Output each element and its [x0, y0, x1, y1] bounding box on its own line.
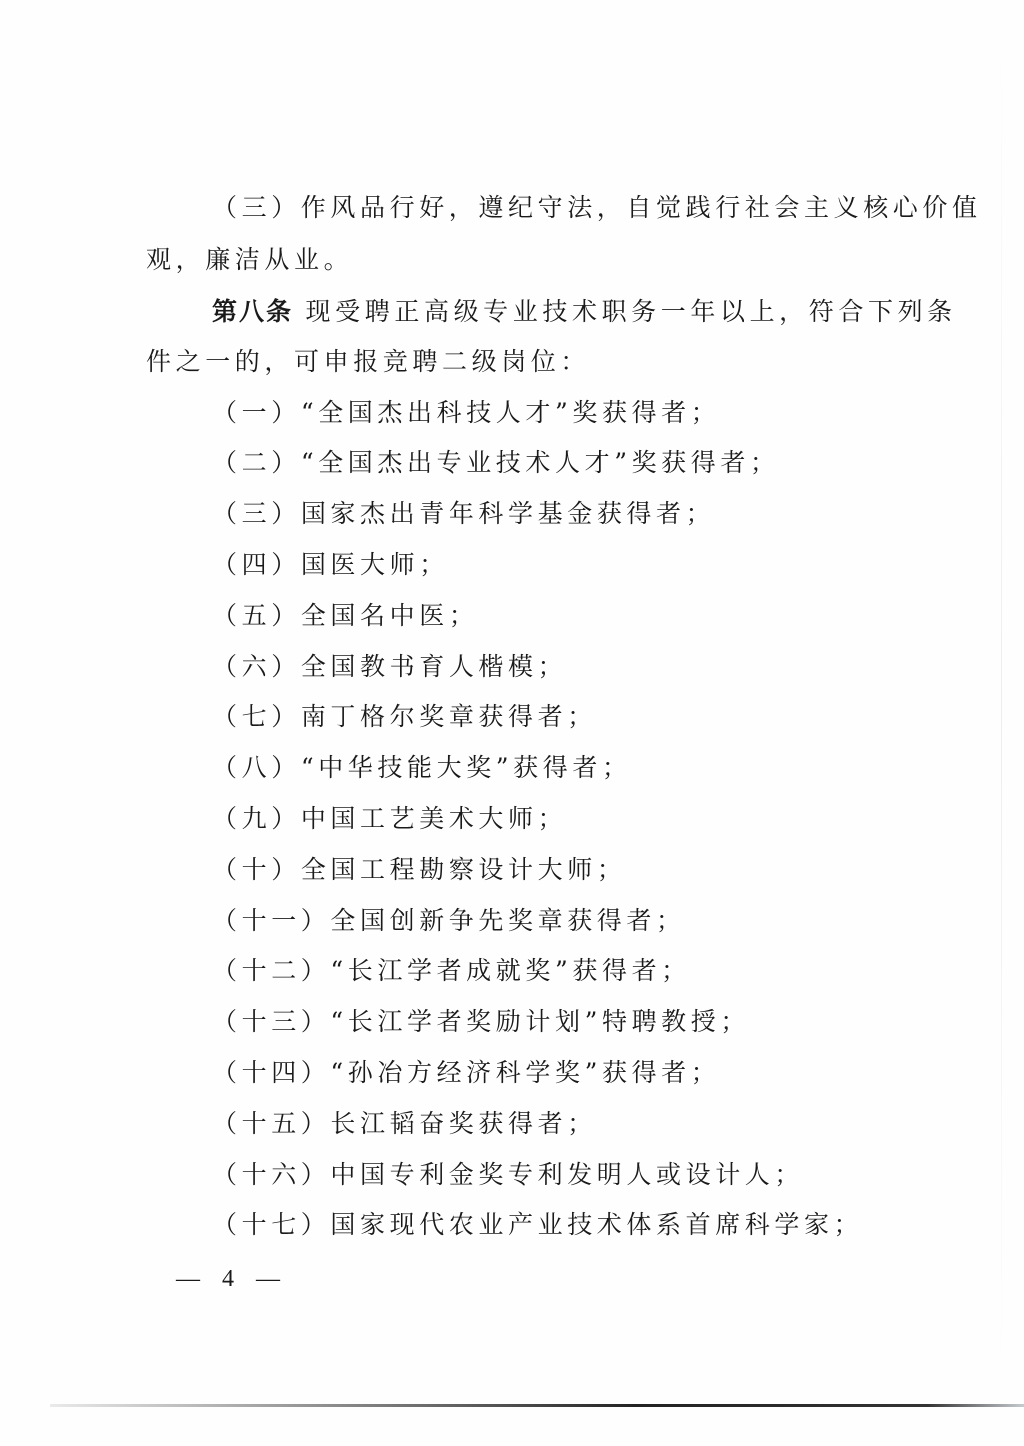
list-item: （七）南丁格尔奖章获得者； [212, 702, 597, 732]
list-item-text: 中国专利金奖专利发明人或设计人； [330, 1160, 804, 1189]
list-item-label: （四） [212, 550, 301, 579]
list-item: （十五）长江韬奋奖获得者； [212, 1109, 597, 1139]
scan-edge [1001, 40, 1002, 1380]
list-item-label: （五） [212, 601, 301, 630]
list-item-text: 全国工程勘察设计大师； [301, 855, 627, 884]
list-item: （十）全国工程勘察设计大师； [212, 855, 626, 885]
list-item-text: 国家杰出青年科学基金获得者； [301, 499, 715, 528]
list-item: （六）全国教书育人楷模； [212, 652, 567, 682]
list-item-text: 全国名中医； [301, 601, 479, 630]
list-item: （三）国家杰出青年科学基金获得者； [212, 499, 715, 529]
list-item-text: “全国杰出科技人才”奖获得者； [301, 398, 721, 427]
list-item-label: （十三） [212, 1007, 330, 1036]
document-page: （三）作风品行好，遵纪守法，自觉践行社会主义核心价值 观，廉洁从业。 第八条 现… [0, 0, 1024, 1446]
paragraph-line: 件之一的，可申报竞聘二级岗位： [146, 347, 590, 377]
list-item-text: 南丁格尔奖章获得者； [301, 702, 597, 731]
list-item-text: 全国教书育人楷模； [301, 652, 567, 681]
list-item: （十二）“长江学者成就奖”获得者； [212, 956, 691, 986]
list-item-text: 国医大师； [301, 550, 449, 579]
list-item-text: “中华技能大奖”获得者； [301, 753, 632, 782]
list-item-text: “全国杰出专业技术人才”奖获得者； [301, 448, 780, 477]
list-item-text: “长江学者奖励计划”特聘教授； [330, 1007, 750, 1036]
scan-bottom-edge [50, 1404, 1024, 1407]
list-item-label: （十二） [212, 956, 330, 985]
list-item-label: （三） [212, 499, 301, 528]
list-item: （十一）全国创新争先奖章获得者； [212, 906, 686, 936]
list-item: （二）“全国杰出专业技术人才”奖获得者； [212, 448, 780, 478]
list-item-text: 中国工艺美术大师； [301, 804, 567, 833]
list-item-label: （十四） [212, 1058, 330, 1087]
list-item-text: “长江学者成就奖”获得者； [330, 956, 690, 985]
article-8-line: 第八条 现受聘正高级专业技术职务一年以上，符合下列条 [212, 297, 957, 327]
list-item-label: （九） [212, 804, 301, 833]
list-item: （十六）中国专利金奖专利发明人或设计人； [212, 1160, 804, 1190]
list-item-label: （十五） [212, 1109, 330, 1138]
list-item: （五）全国名中医； [212, 601, 478, 631]
list-item-text: 全国创新争先奖章获得者； [330, 906, 685, 935]
list-item-label: （七） [212, 702, 301, 731]
list-item-label: （八） [212, 753, 301, 782]
list-item: （十七）国家现代农业产业技术体系首席科学家； [212, 1210, 863, 1240]
list-item-text: 长江韬奋奖获得者； [330, 1109, 596, 1138]
list-item-label: （十） [212, 855, 301, 884]
list-item-text: “孙冶方经济科学奖”获得者； [330, 1058, 720, 1087]
list-item: （九）中国工艺美术大师； [212, 804, 567, 834]
list-item-text: 国家现代农业产业技术体系首席科学家； [330, 1210, 863, 1239]
page-number: — 4 — [176, 1266, 288, 1293]
list-item: （十三）“长江学者奖励计划”特聘教授； [212, 1007, 750, 1037]
list-item-label: （二） [212, 448, 301, 477]
list-item-label: （十六） [212, 1160, 330, 1189]
list-item: （十四）“孙冶方经济科学奖”获得者； [212, 1058, 720, 1088]
paragraph-line: 观，廉洁从业。 [146, 245, 353, 275]
article-text: 现受聘正高级专业技术职务一年以上，符合下列条 [293, 297, 957, 326]
list-item-label: （十七） [212, 1210, 330, 1239]
list-item-label: （一） [212, 398, 301, 427]
list-item: （四）国医大师； [212, 550, 449, 580]
list-item-label: （六） [212, 652, 301, 681]
list-item: （一）“全国杰出科技人才”奖获得者； [212, 398, 720, 428]
paragraph-line: （三）作风品行好，遵纪守法，自觉践行社会主义核心价值 [212, 193, 982, 223]
article-heading: 第八条 [212, 297, 293, 326]
list-item: （八）“中华技能大奖”获得者； [212, 753, 632, 783]
list-item-label: （十一） [212, 906, 330, 935]
